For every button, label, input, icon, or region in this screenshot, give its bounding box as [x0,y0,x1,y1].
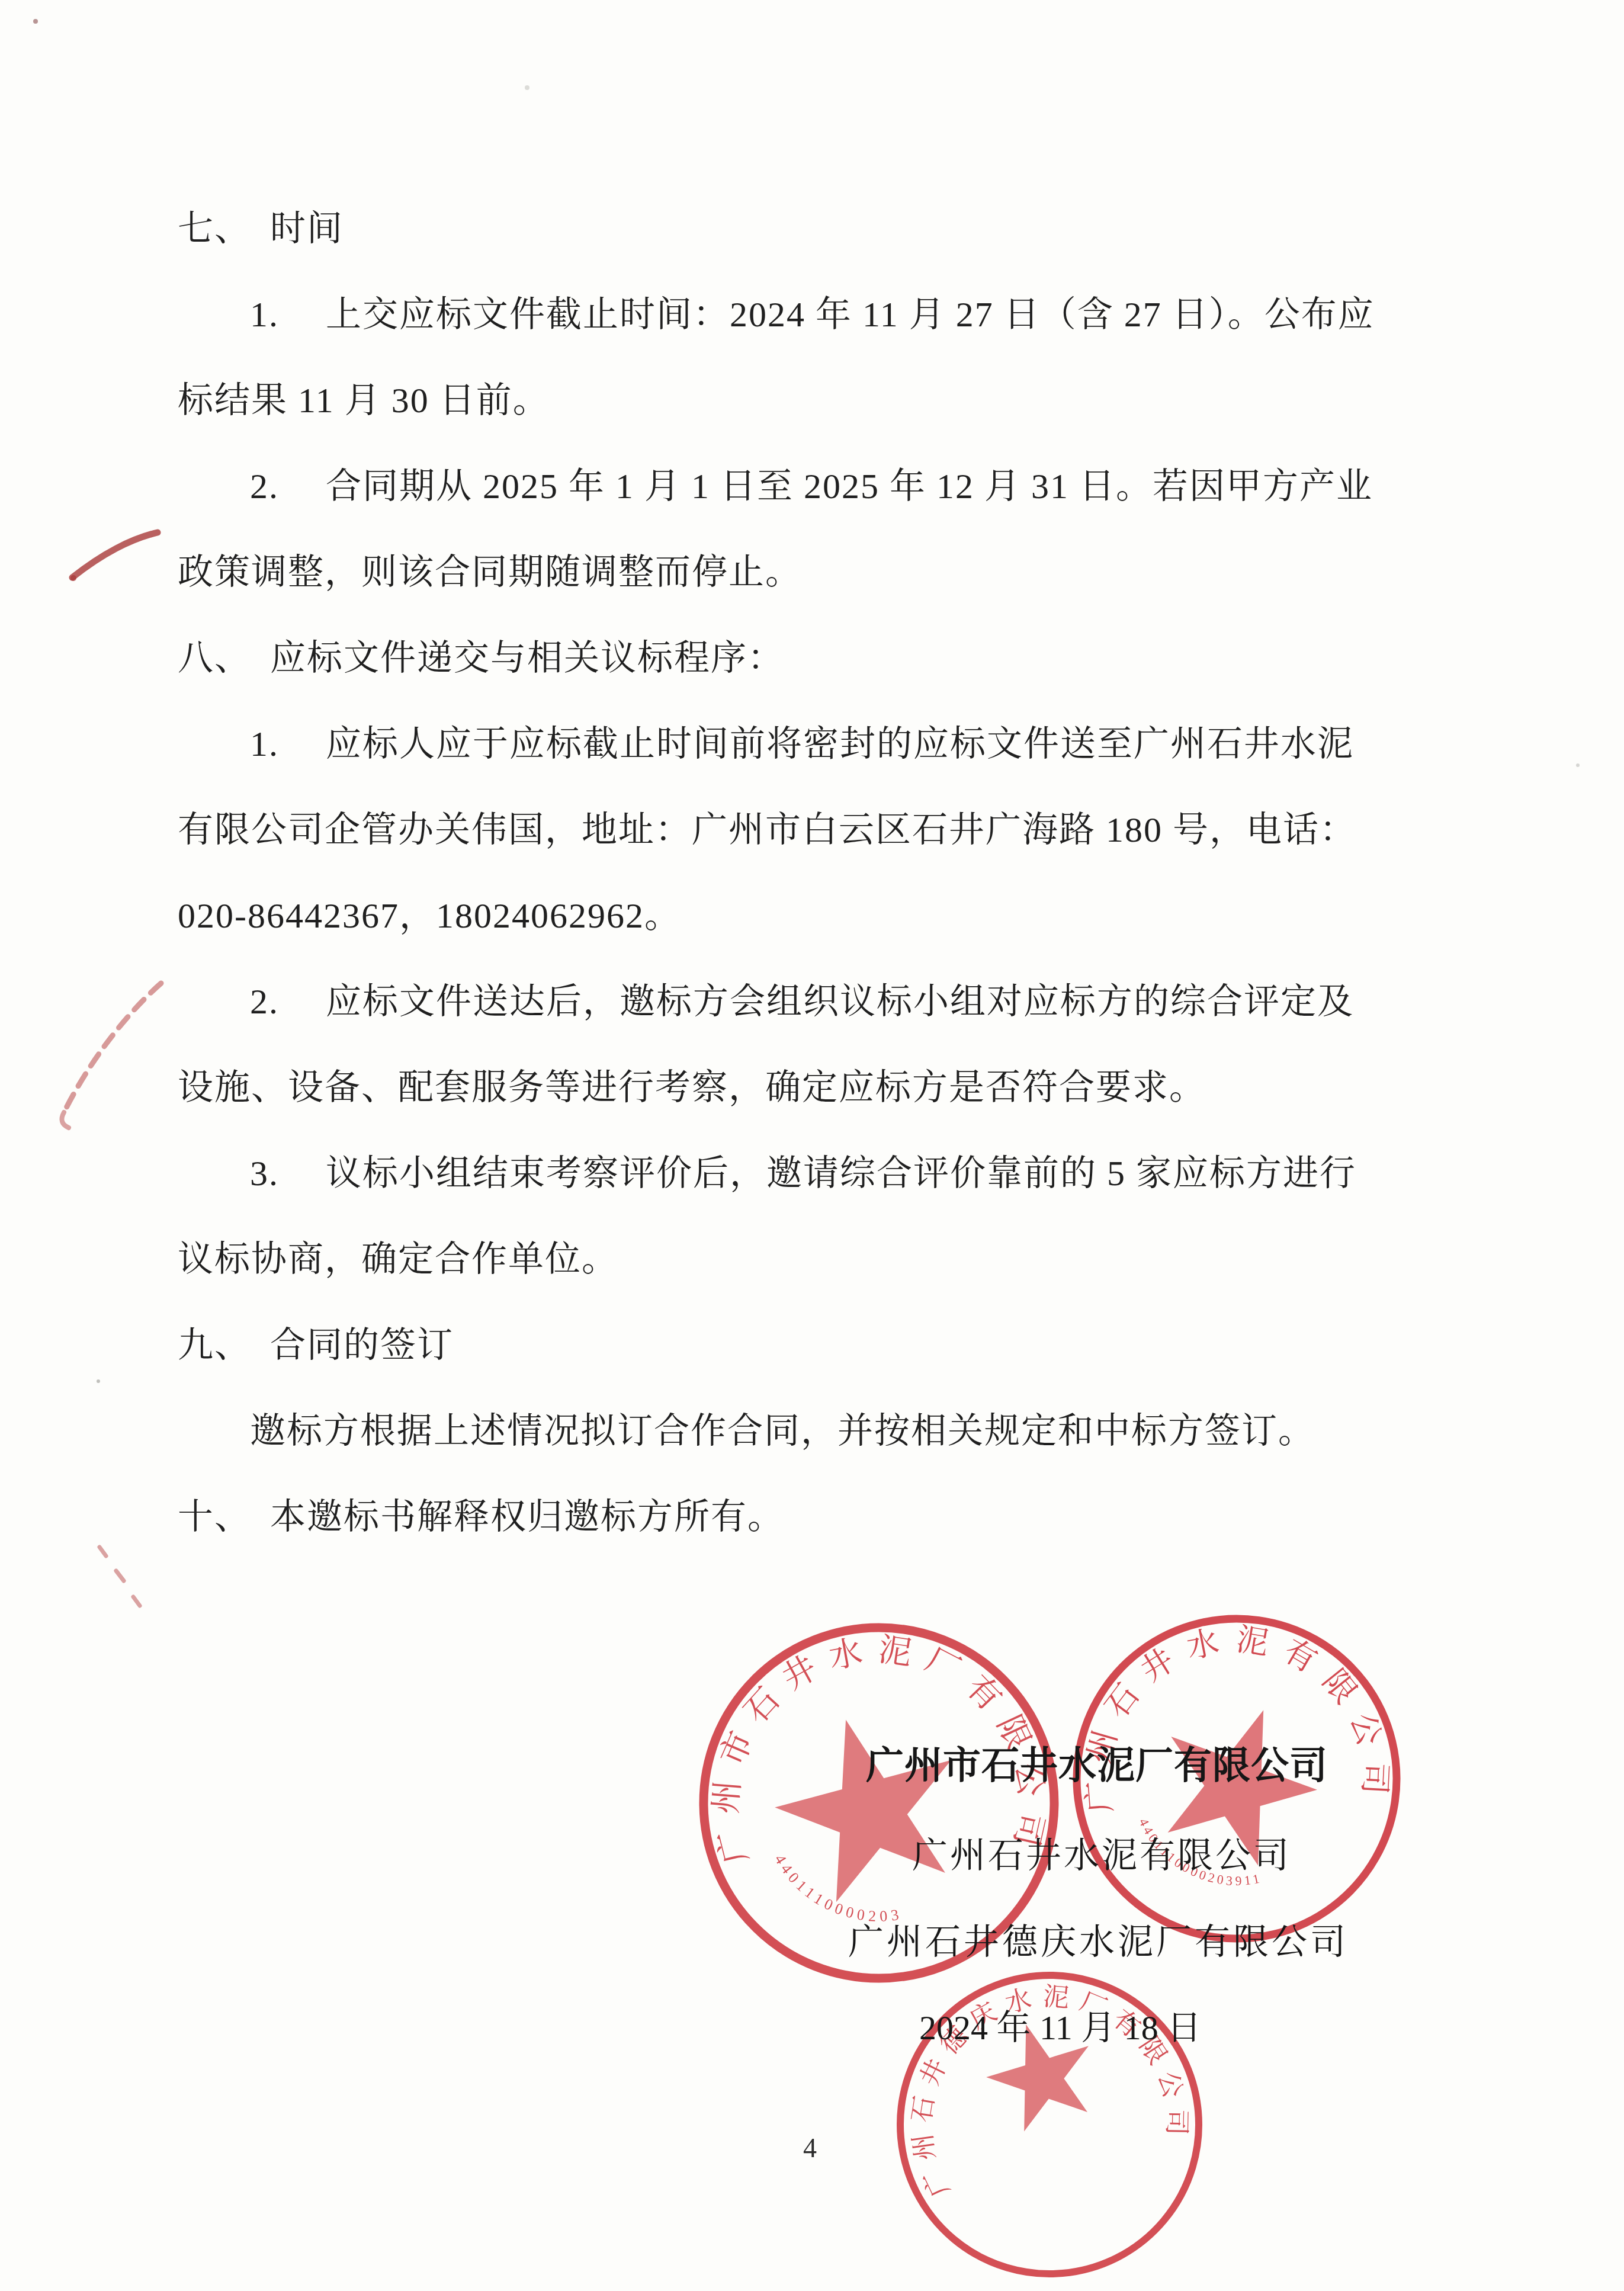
scan-speck [97,1379,100,1383]
body-line: 设施、设备、配套服务等进行考察，确定应标方是否符合要求。 [178,1067,1206,1108]
signature-company-3: 广州石井德庆水泥厂有限公司 [848,1923,1349,1962]
body-line: 1. 应标人应于应标截止时间前将密封的应标文件送至广州石井水泥 [250,724,1354,765]
body-line: 2. 合同期从 2025 年 1 月 1 日至 2025 年 12 月 31 日… [250,466,1373,507]
signature-company-2: 广州石井水泥有限公司 [912,1836,1291,1875]
section-heading-9: 九、 合同的签订 [178,1325,454,1366]
seal-ring-text: 广州石井德庆水泥厂有限公司 [896,1970,1198,2202]
body-line: 政策调整，则该合同期随调整而停止。 [178,552,802,593]
pen-mark-hook [62,1112,69,1128]
body-line: 3. 议标小组结束考察评价后，邀请综合评价靠前的 5 家应标方进行 [250,1153,1356,1194]
body-line-phone: 020-86442367，18024062962。 [178,896,681,936]
seal-star-icon [758,1696,978,1911]
pen-mark-ticks [100,1547,140,1606]
scan-artifacts-overlay [0,0,1624,2291]
page-number: 4 [803,2132,817,2164]
seal-ring-text: 广州石井水泥有限公司 [1073,1608,1407,1856]
pen-mark-scribble [64,983,161,1112]
scanned-document-page: 广州市石井水泥厂有限公司 4401110000203 广州石井水泥有限公司 44… [0,0,1624,2291]
body-line: 标结果 11 月 30 日前。 [178,380,550,421]
signature-company-1: 广州市石井水泥厂有限公司 [866,1745,1328,1786]
body-line: 议标协商，确定合作单位。 [178,1239,618,1280]
pen-mark-dot [70,575,76,581]
signature-date: 2024 年 11 月 18 日 [919,2009,1201,2047]
body-line: 邀标方根据上述情况拟订合作合同，并按相关规定和中标方签订。 [250,1411,1315,1452]
body-line: 2. 应标文件送达后，邀标方会组织议标小组对应标方的综合评定及 [250,981,1354,1022]
section-heading-7: 七、 时间 [178,208,344,249]
scan-speck [525,85,529,90]
body-line: 有限公司企管办关伟国，地址：广州市白云区石井广海路 180 号，电话： [178,810,1356,851]
scan-speck [33,19,38,24]
pen-mark-swoosh [72,532,158,577]
body-line: 1. 上交应标文件截止时间：2024 年 11 月 27 日（含 27 日）。公… [250,294,1375,335]
section-heading-10: 十、 本邀标书解释权归邀标方所有。 [178,1497,784,1538]
scan-speck [1576,763,1580,767]
section-heading-8: 八、 应标文件递交与相关议标程序： [178,638,784,679]
seal-code-text: 4401110000203 [771,1852,904,1925]
